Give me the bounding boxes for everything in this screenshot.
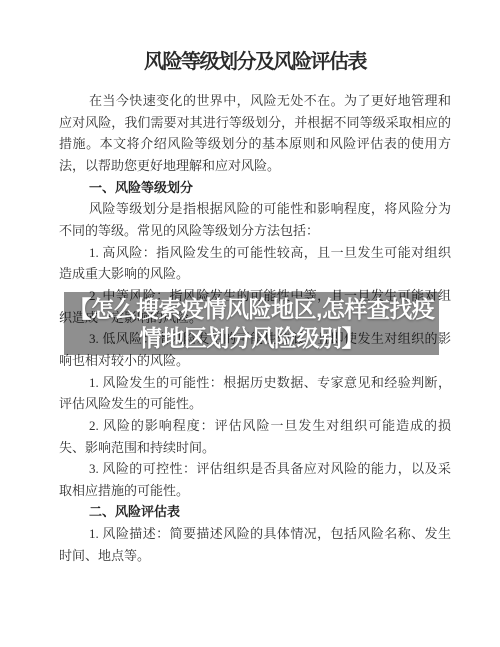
intro-paragraph: 在当今快速变化的世界中，风险无处不在。为了更好地管理和应对风险，我们需要对其进行… [59, 90, 451, 177]
overlay-ad-banner[interactable]: 【怎么搜索疫情风险地区,怎样查找疫 情地区划分风险级别】 [64, 292, 439, 355]
overlay-ad-text-line2: 情地区划分风险级别】 [139, 324, 364, 353]
document-page: 风险等级划分及风险评估表 在当今快速变化的世界中，风险无处不在。为了更好地管理和… [0, 0, 500, 647]
criteria-item-controllability: 3. 风险的可控性：评估组织是否具备应对风险的能力，以及采取相应措施的可能性。 [59, 458, 451, 501]
list-item-high-risk: 1. 高风险：指风险发生的可能性较高，且一旦发生可能对组织造成重大影响的风险。 [59, 242, 451, 285]
criteria-item-likelihood: 1. 风险发生的可能性：根据历史数据、专家意见和经验判断，评估风险发生的可能性。 [59, 372, 451, 415]
section-1-intro: 风险等级划分是指根据风险的可能性和影响程度，将风险分为不同的等级。常见的风险等级… [59, 198, 451, 241]
section-1-heading: 一、风险等级划分 [59, 177, 451, 199]
document-title: 风险等级划分及风险评估表 [59, 46, 451, 78]
list-item-risk-description: 1. 风险描述：简要描述风险的具体情况，包括风险名称、发生时间、地点等。 [59, 523, 451, 566]
overlay-ad-text-line1: 【怎么搜索疫情风险地区,怎样查找疫 [69, 295, 435, 324]
section-2-heading: 二、风险评估表 [59, 501, 451, 523]
criteria-item-impact: 2. 风险的影响程度：评估风险一旦发生对组织可能造成的损失、影响范围和持续时间。 [59, 415, 451, 458]
